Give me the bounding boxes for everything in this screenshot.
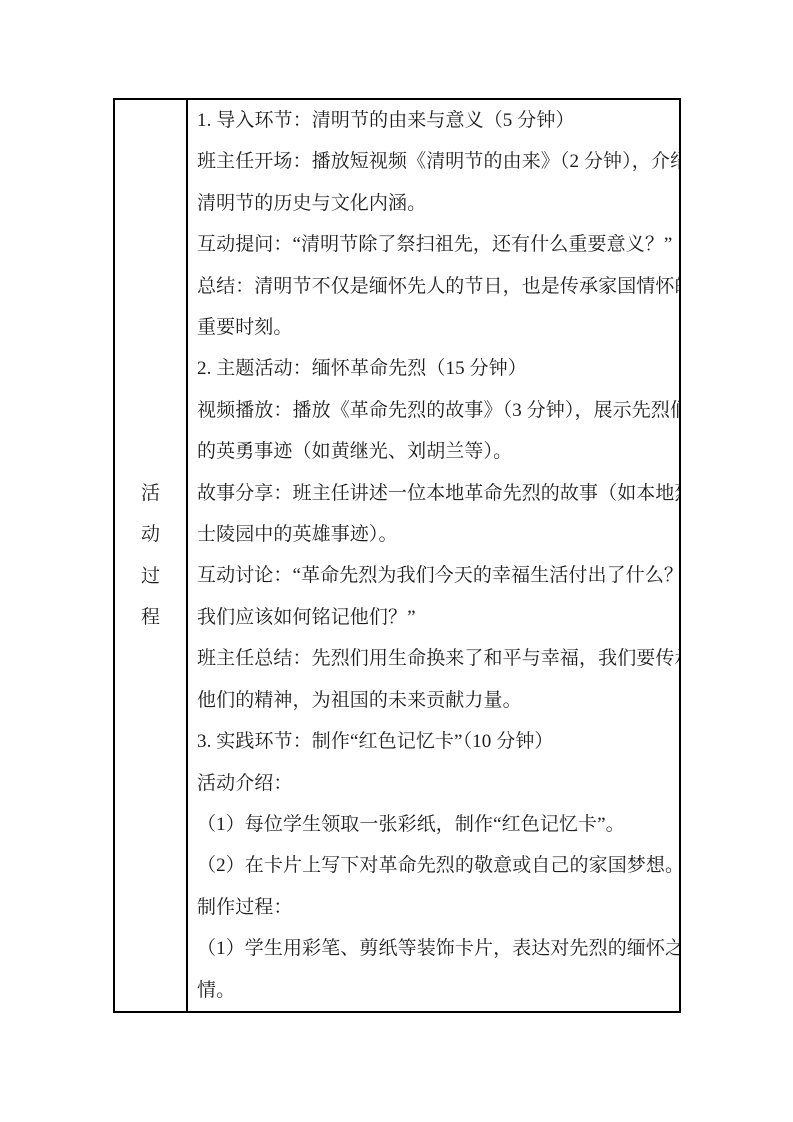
activity-process-table: 活动过程 1. 导入环节：清明节的由来与意义（5 分钟）班主任开场：播放短视频《… (113, 98, 681, 1013)
content-line: 故事分享：班主任讲述一位本地革命先烈的故事（如本地烈 (197, 473, 674, 514)
content-line: 士陵园中的英雄事迹）。 (197, 514, 674, 555)
content-line: 情。 (197, 970, 674, 1011)
row-header-char: 活 (141, 473, 160, 514)
content-line: 总结：清明节不仅是缅怀先人的节日，也是传承家国情怀的 (197, 266, 674, 307)
content-lines: 1. 导入环节：清明节的由来与意义（5 分钟）班主任开场：播放短视频《清明节的由… (197, 100, 674, 1011)
row-header-char: 程 (141, 597, 160, 638)
content-line: 1. 导入环节：清明节的由来与意义（5 分钟） (197, 100, 674, 141)
content-line: 视频播放：播放《革命先烈的故事》（3 分钟），展示先烈们 (197, 390, 674, 431)
content-line: （1）每位学生领取一张彩纸，制作“红色记忆卡”。 (197, 804, 674, 845)
content-line: 班主任总结：先烈们用生命换来了和平与幸福，我们要传承 (197, 638, 674, 679)
content-line: 我们应该如何铭记他们？” (197, 597, 674, 638)
content-line: 制作过程： (197, 887, 674, 928)
content-line: 清明节的历史与文化内涵。 (197, 183, 674, 224)
content-line: （2）在卡片上写下对革命先烈的敬意或自己的家国梦想。 (197, 845, 674, 886)
content-line: 重要时刻。 (197, 307, 674, 348)
content-line: （1）学生用彩笔、剪纸等装饰卡片，表达对先烈的缅怀之 (197, 928, 674, 969)
row-header-cell: 活动过程 (115, 100, 188, 1011)
row-header-char: 过 (141, 556, 160, 597)
document-page: 活动过程 1. 导入环节：清明节的由来与意义（5 分钟）班主任开场：播放短视频《… (0, 0, 793, 1122)
row-header-vertical-label: 活动过程 (141, 473, 160, 639)
content-line: 他们的精神，为祖国的未来贡献力量。 (197, 680, 674, 721)
row-header-char: 动 (141, 514, 160, 555)
content-line: 互动讨论：“革命先烈为我们今天的幸福生活付出了什么？ (197, 555, 674, 596)
content-line: 活动介绍： (197, 763, 674, 804)
row-content-cell: 1. 导入环节：清明节的由来与意义（5 分钟）班主任开场：播放短视频《清明节的由… (188, 100, 679, 1011)
content-line: 班主任开场：播放短视频《清明节的由来》（2 分钟），介绍 (197, 141, 674, 182)
content-line: 的英勇事迹（如黄继光、刘胡兰等）。 (197, 431, 674, 472)
content-line: 2. 主题活动：缅怀革命先烈（15 分钟） (197, 348, 674, 389)
content-line: 3. 实践环节：制作“红色记忆卡”（10 分钟） (197, 721, 674, 762)
content-line: 互动提问：“清明节除了祭扫祖先，还有什么重要意义？” (197, 224, 674, 265)
